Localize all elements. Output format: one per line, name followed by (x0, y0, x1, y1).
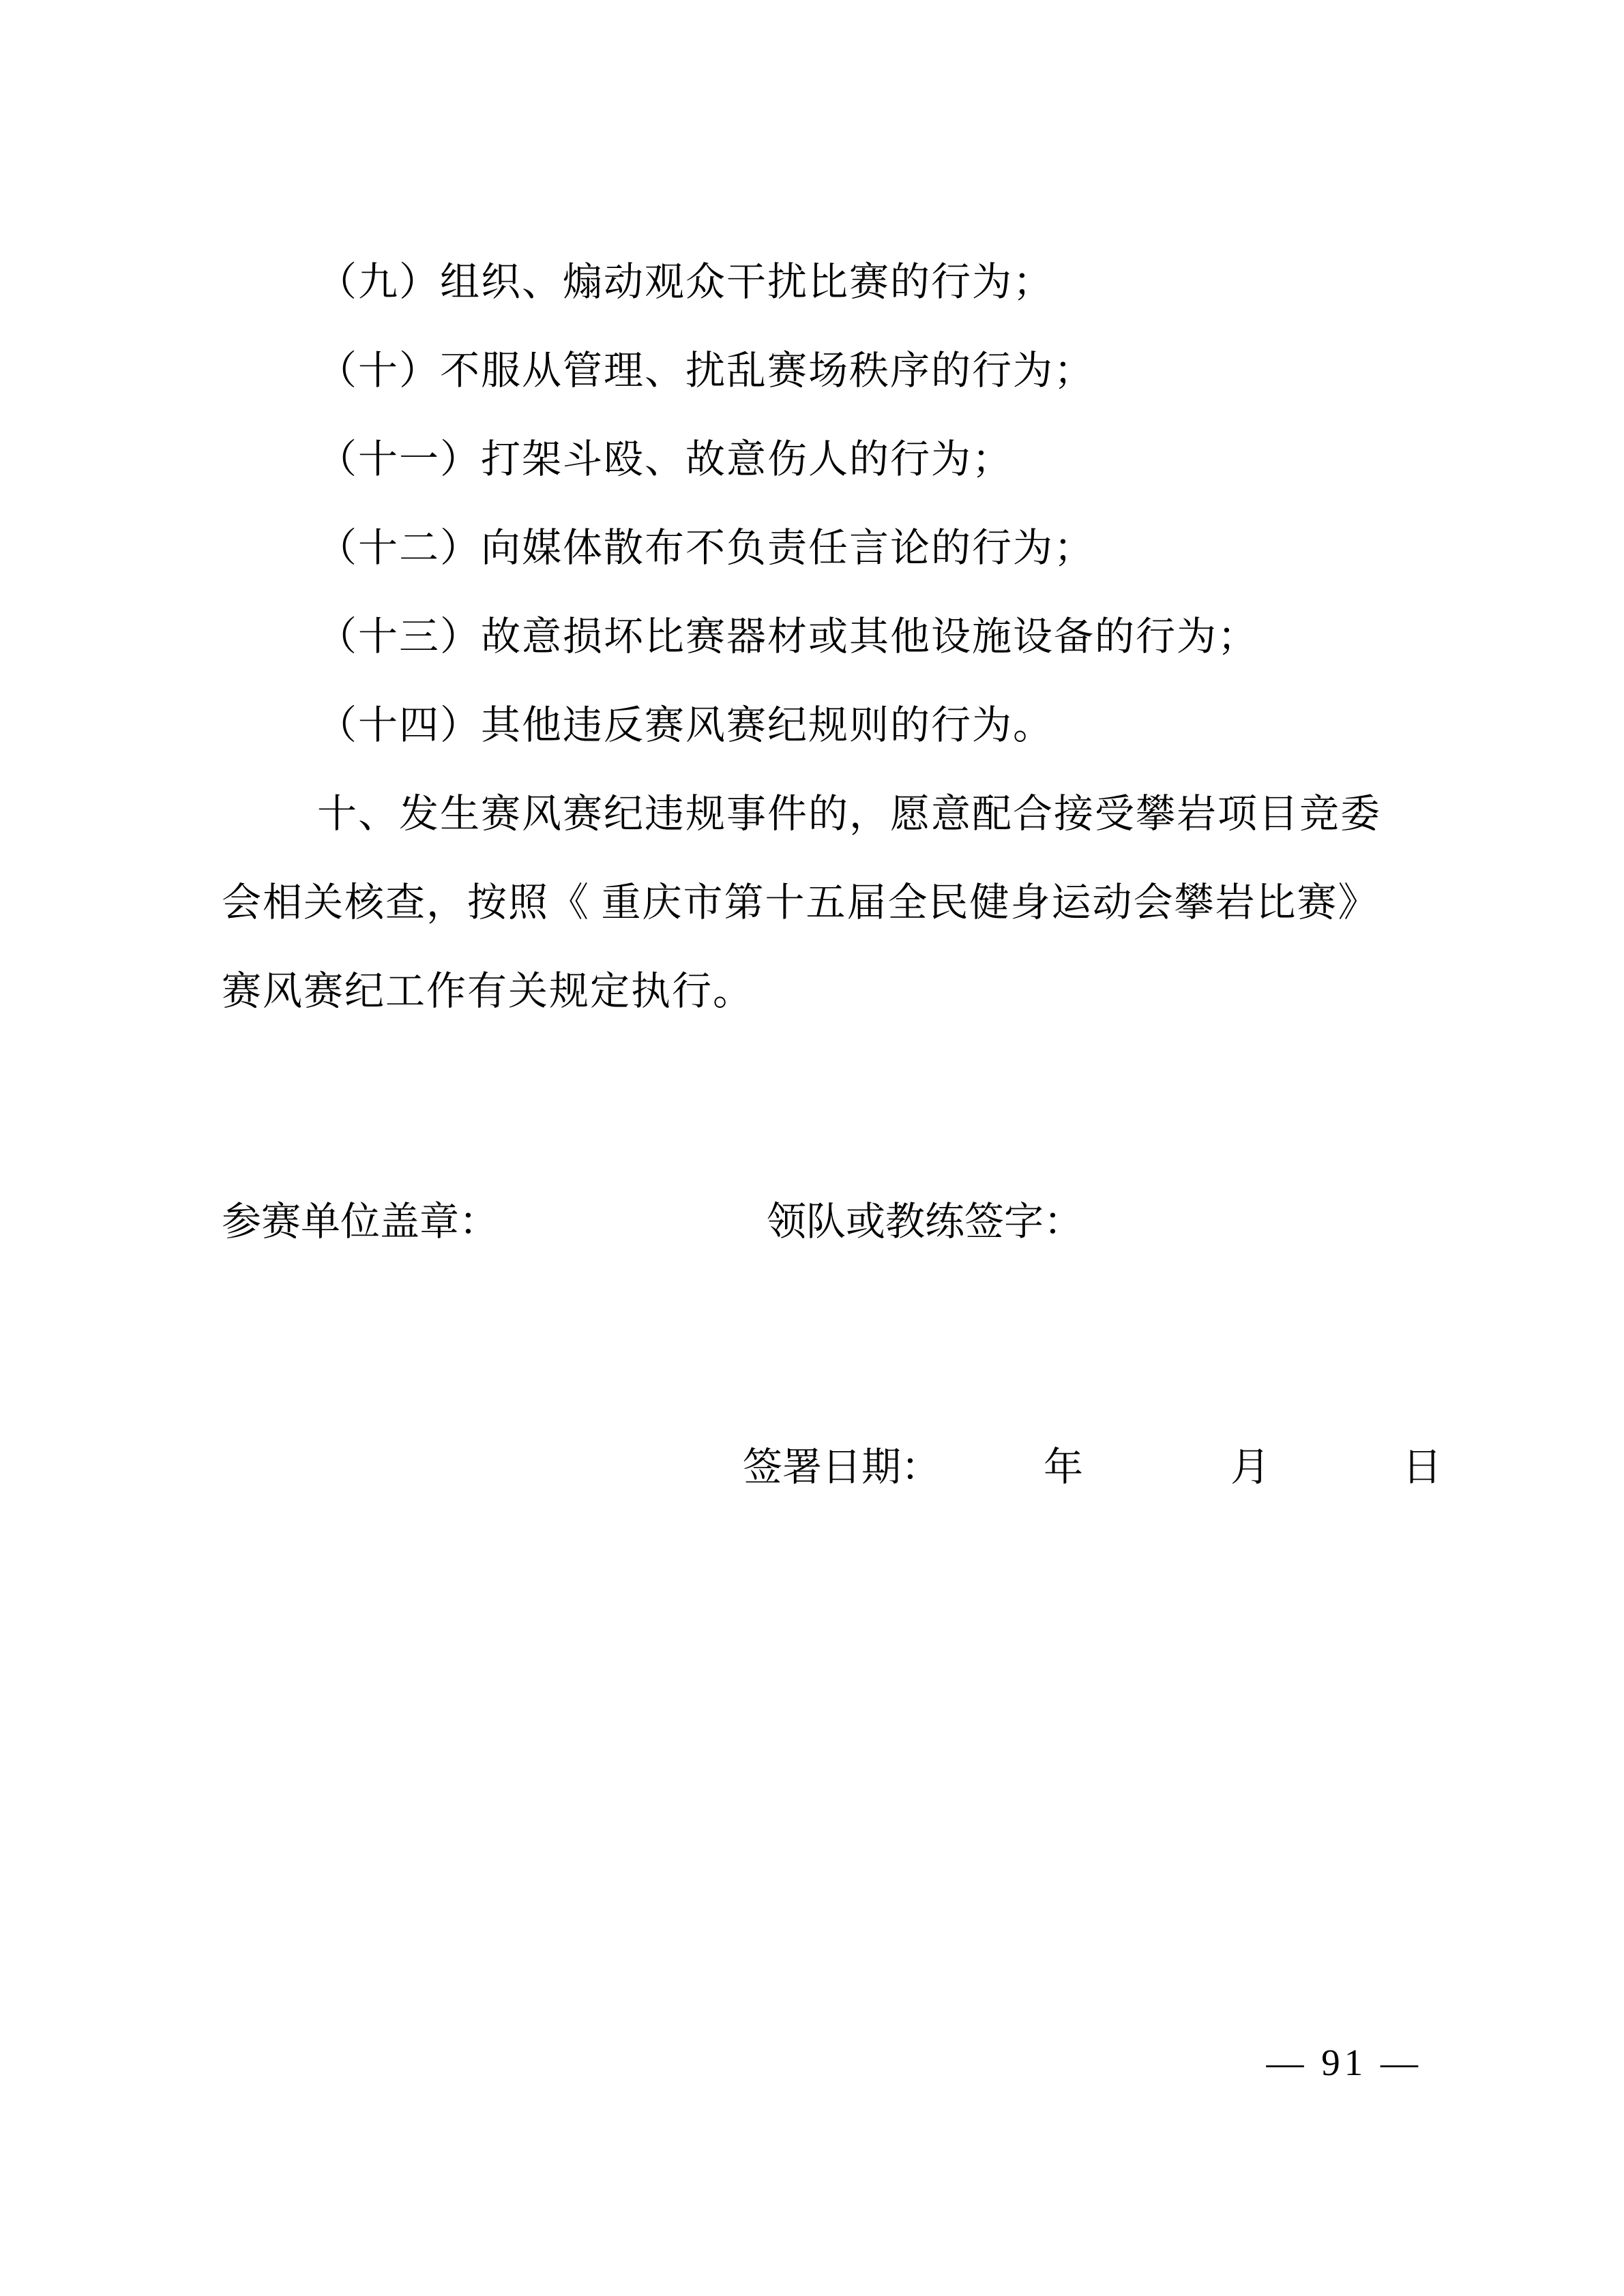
paragraph-line-1: 十、发生赛风赛纪违规事件的，愿意配合接受攀岩项目竞委 (222, 770, 1443, 859)
list-item-9: （九）组织、煽动观众干扰比赛的行为； (222, 238, 1443, 327)
signature-row: 参赛单位盖章： 领队或教练签字： (222, 1178, 1443, 1266)
date-year-label: 年 (1044, 1423, 1083, 1512)
date-month-label: 月 (1230, 1423, 1270, 1512)
list-item-12: （十二）向媒体散布不负责任言论的行为； (222, 504, 1443, 593)
list-item-11: （十一）打架斗殴、故意伤人的行为； (222, 415, 1443, 504)
sign-date-label: 签署日期： (743, 1423, 941, 1512)
list-item-13: （十三）故意损坏比赛器材或其他设施设备的行为； (222, 593, 1443, 681)
leader-or-coach-label: 领队或教练签字： (767, 1178, 1083, 1266)
date-row: 签署日期： 年 月 日 (222, 1423, 1443, 1512)
paragraph-line-2: 会相关核查，按照《 重庆市第十五届全民健身运动会攀岩比赛》 (222, 859, 1443, 947)
document-page: （九）组织、煽动观众干扰比赛的行为； （十）不服从管理、扰乱赛场秩序的行为； （… (0, 0, 1624, 2296)
date-day-label: 日 (1402, 1423, 1442, 1512)
document-body: （九）组织、煽动观众干扰比赛的行为； （十）不服从管理、扰乱赛场秩序的行为； （… (222, 238, 1443, 1512)
list-item-14: （十四）其他违反赛风赛纪规则的行为。 (222, 681, 1443, 770)
unit-seal-label: 参赛单位盖章： (222, 1178, 499, 1266)
paragraph-line-3: 赛风赛纪工作有关规定执行。 (222, 947, 1443, 1036)
page-number: — 91 — (1267, 2036, 1423, 2090)
list-item-10: （十）不服从管理、扰乱赛场秩序的行为； (222, 327, 1443, 415)
